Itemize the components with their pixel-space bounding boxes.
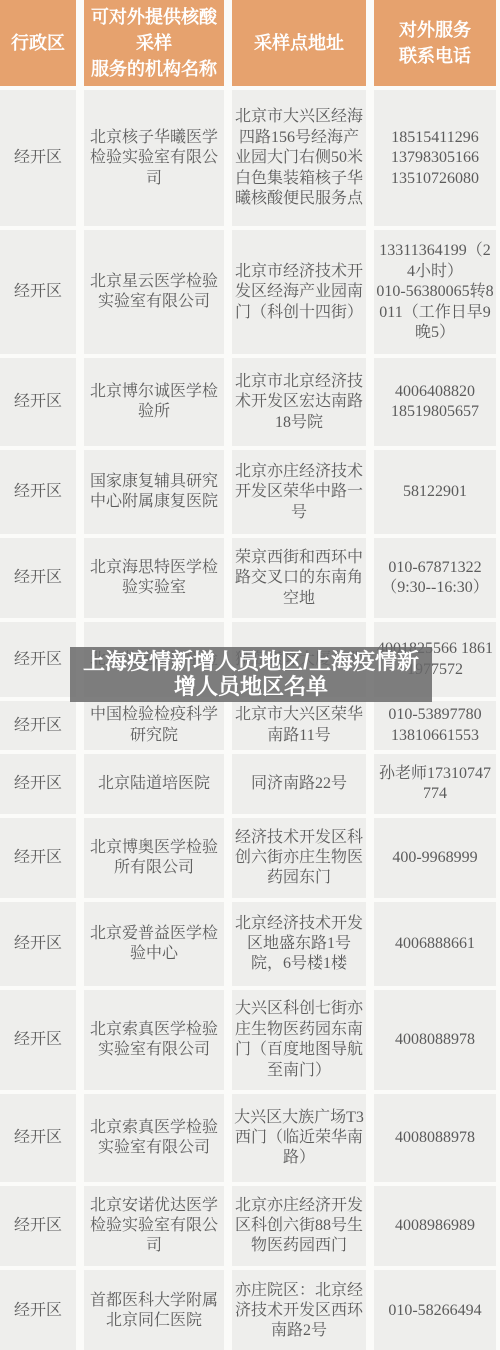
cell-district: 经开区 bbox=[0, 450, 76, 534]
cell-phone: 13311364199（24小时） 010-56380065转8011（工作日早… bbox=[374, 230, 496, 354]
watermark-line-2: 增人员地区名单 bbox=[174, 674, 328, 699]
table-row: 经开区 首都医科大学附属北京同仁医院 亦庄院区：北京经济技术开发区西环南路2号 … bbox=[0, 1270, 498, 1350]
cell-address: 北京市大兴区荣华南路11号 bbox=[232, 701, 366, 750]
cell-phone: 010-58266494 bbox=[374, 1270, 496, 1350]
cell-district: 经开区 bbox=[0, 538, 76, 618]
cell-address: 荣京西街和西环中路交叉口的东南角空地 bbox=[232, 538, 366, 618]
cell-district: 经开区 bbox=[0, 754, 76, 814]
watermark-overlay: 上海疫情新增人员地区/上海疫情新 增人员地区名单 bbox=[70, 647, 432, 702]
cell-institution: 首都医科大学附属北京同仁医院 bbox=[84, 1270, 224, 1350]
table-row: 经开区 北京博尔诚医学检验所 北京市北京经济技术开发区宏达南路18号院 4006… bbox=[0, 358, 498, 446]
cell-institution: 北京爱普益医学检验中心 bbox=[84, 902, 224, 986]
cell-institution: 北京海思特医学检验实验室 bbox=[84, 538, 224, 618]
cell-address: 北京亦庄经济技术开发区荣华中路一号 bbox=[232, 450, 366, 534]
cell-address: 北京市大兴区经海四路156号经海产业园大门右侧50米白色集装箱核子华曦核酸便民服… bbox=[232, 90, 366, 226]
cell-phone: 4008088978 bbox=[374, 990, 496, 1090]
cell-phone: 010-53897780 13810661553 bbox=[374, 701, 496, 750]
header-address: 采样点地址 bbox=[232, 0, 366, 86]
cell-district: 经开区 bbox=[0, 818, 76, 898]
cell-district: 经开区 bbox=[0, 1270, 76, 1350]
header-district: 行政区 bbox=[0, 0, 76, 86]
header-phone: 对外服务 联系电话 bbox=[374, 0, 496, 86]
table-row: 经开区 北京爱普益医学检验中心 北京经济技术开发区地盛东路1号院，6号楼1楼 4… bbox=[0, 902, 498, 986]
cell-district: 经开区 bbox=[0, 1186, 76, 1266]
cell-phone: 4008088978 bbox=[374, 1094, 496, 1182]
table-row: 经开区 北京陆道培医院 同济南路22号 孙老师17310747774 bbox=[0, 754, 498, 814]
cell-district: 经开区 bbox=[0, 230, 76, 354]
cell-phone: 58122901 bbox=[374, 450, 496, 534]
cell-institution: 北京陆道培医院 bbox=[84, 754, 224, 814]
cell-phone: 孙老师17310747774 bbox=[374, 754, 496, 814]
cell-institution: 北京索真医学检验实验室有限公司 bbox=[84, 990, 224, 1090]
cell-address: 亦庄院区：北京经济技术开发区西环南路2号 bbox=[232, 1270, 366, 1350]
table-row: 经开区 国家康复辅具研究中心附属康复医院 北京亦庄经济技术开发区荣华中路一号 5… bbox=[0, 450, 498, 534]
cell-district: 经开区 bbox=[0, 90, 76, 226]
cell-address: 大兴区科创七街亦庄生物医药园东南门（百度地图导航至南门） bbox=[232, 990, 366, 1090]
cell-institution: 北京博尔诚医学检验所 bbox=[84, 358, 224, 446]
table-row: 经开区 北京索真医学检验实验室有限公司 大兴区大族广场T3西门（临近荣华南路） … bbox=[0, 1094, 498, 1182]
cell-district: 经开区 bbox=[0, 358, 76, 446]
cell-address: 经济技术开发区科创六街亦庄生物医药园东门 bbox=[232, 818, 366, 898]
table-row: 经开区 中国检验检疫科学研究院 北京市大兴区荣华南路11号 010-538977… bbox=[0, 701, 498, 750]
cell-district: 经开区 bbox=[0, 1094, 76, 1182]
cell-district: 经开区 bbox=[0, 701, 76, 750]
watermark-line-1: 上海疫情新增人员地区/上海疫情新 bbox=[83, 649, 419, 674]
cell-phone: 4006888661 bbox=[374, 902, 496, 986]
cell-institution: 国家康复辅具研究中心附属康复医院 bbox=[84, 450, 224, 534]
table-row: 经开区 北京核子华曦医学检验实验室有限公司 北京市大兴区经海四路156号经海产业… bbox=[0, 90, 498, 226]
cell-phone: 400-9968999 bbox=[374, 818, 496, 898]
table-row: 经开区 北京安诺优达医学检验实验室有限公司 北京亦庄经济开发区科创六街88号生物… bbox=[0, 1186, 498, 1266]
header-institution: 可对外提供核酸 采样 服务的机构名称 bbox=[84, 0, 224, 86]
cell-institution: 北京星云医学检验实验室有限公司 bbox=[84, 230, 224, 354]
cell-phone: 010-67871322（9:30--16:30） bbox=[374, 538, 496, 618]
table-header-row: 行政区 可对外提供核酸 采样 服务的机构名称 采样点地址 对外服务 联系电话 bbox=[0, 0, 498, 86]
screenshot-page: 行政区 可对外提供核酸 采样 服务的机构名称 采样点地址 对外服务 联系电话 经… bbox=[0, 0, 500, 1350]
cell-phone: 18515411296 13798305166 13510726080 bbox=[374, 90, 496, 226]
cell-address: 北京亦庄经济开发区科创六街88号生物医药园西门 bbox=[232, 1186, 366, 1266]
cell-institution: 北京索真医学检验实验室有限公司 bbox=[84, 1094, 224, 1182]
cell-address: 大兴区大族广场T3西门（临近荣华南路） bbox=[232, 1094, 366, 1182]
table-row: 经开区 北京星云医学检验实验室有限公司 北京市经济技术开发区经海产业园南门（科创… bbox=[0, 230, 498, 354]
table-row: 经开区 北京海思特医学检验实验室 荣京西街和西环中路交叉口的东南角空地 010-… bbox=[0, 538, 498, 618]
cell-phone: 4008986989 bbox=[374, 1186, 496, 1266]
cell-institution: 北京博奥医学检验所有限公司 bbox=[84, 818, 224, 898]
cell-address: 北京市北京经济技术开发区宏达南路18号院 bbox=[232, 358, 366, 446]
cell-phone: 4006408820 18519805657 bbox=[374, 358, 496, 446]
cell-institution: 中国检验检疫科学研究院 bbox=[84, 701, 224, 750]
cell-address: 北京经济技术开发区地盛东路1号院，6号楼1楼 bbox=[232, 902, 366, 986]
cell-address: 同济南路22号 bbox=[232, 754, 366, 814]
cell-district: 经开区 bbox=[0, 622, 76, 697]
cell-district: 经开区 bbox=[0, 990, 76, 1090]
table-row: 经开区 北京索真医学检验实验室有限公司 大兴区科创七街亦庄生物医药园东南门（百度… bbox=[0, 990, 498, 1090]
cell-address: 北京市经济技术开发区经海产业园南门（科创十四街） bbox=[232, 230, 366, 354]
cell-institution: 北京核子华曦医学检验实验室有限公司 bbox=[84, 90, 224, 226]
table-row: 经开区 北京博奥医学检验所有限公司 经济技术开发区科创六街亦庄生物医药园东门 4… bbox=[0, 818, 498, 898]
cell-district: 经开区 bbox=[0, 902, 76, 986]
cell-institution: 北京安诺优达医学检验实验室有限公司 bbox=[84, 1186, 224, 1266]
